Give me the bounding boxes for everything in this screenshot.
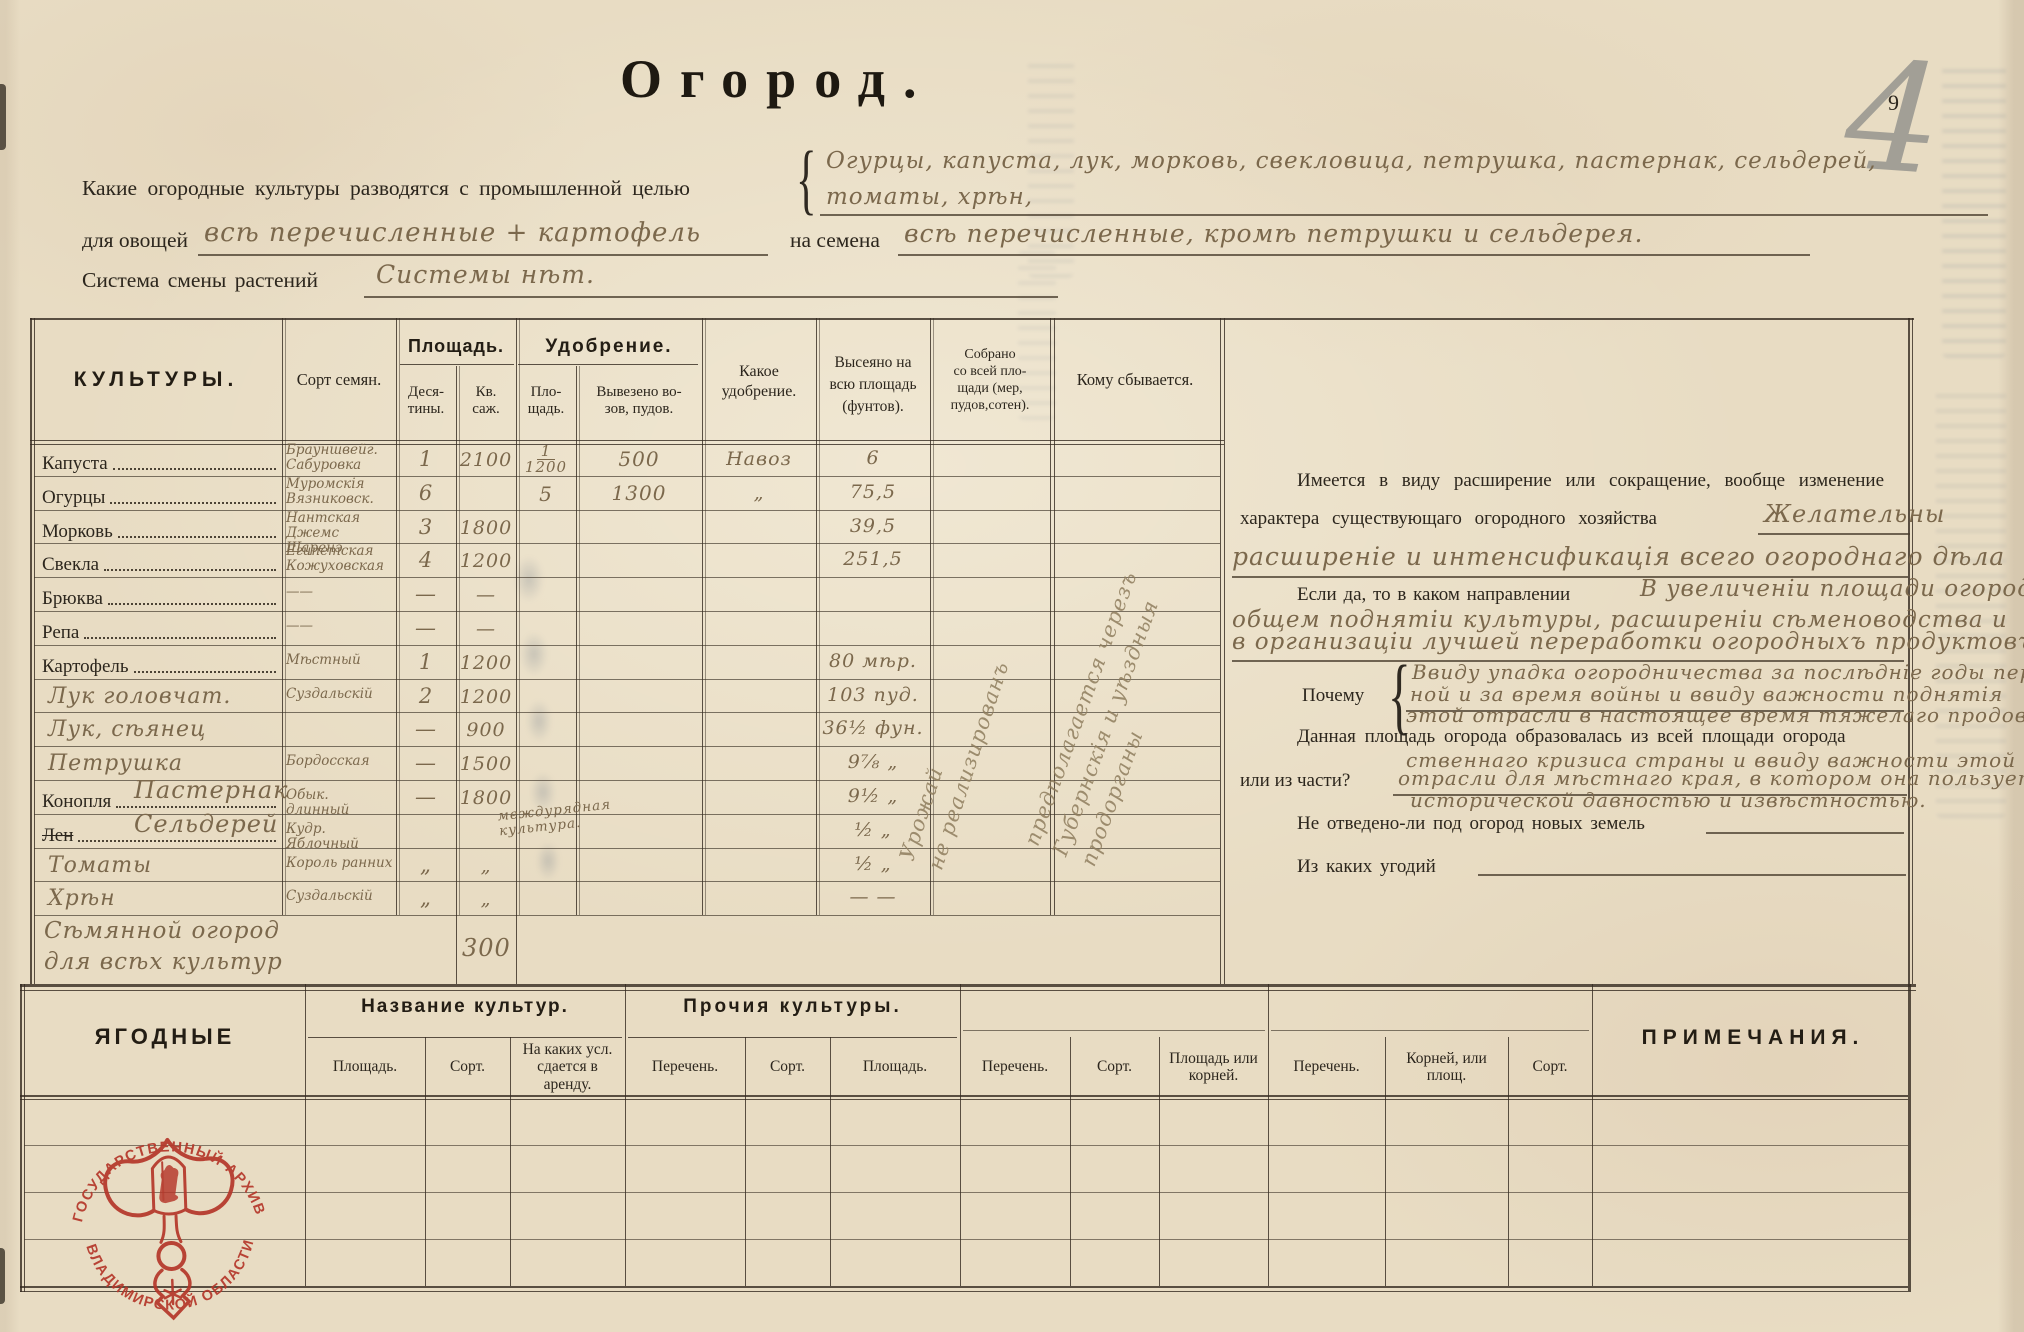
col-header-sown: Высеяно на всю площадь (фунтов).	[818, 352, 928, 418]
kvsazh-cell: 1800	[458, 787, 514, 809]
desyatiny-cell: —	[398, 785, 454, 809]
culture-label-overlay: Сельдерей	[134, 810, 278, 838]
berries-subheader: Сорт.	[1511, 1040, 1589, 1094]
answer-underline	[198, 254, 768, 256]
grid-vline	[282, 318, 283, 915]
culture-label: Морковь	[42, 514, 280, 543]
grid-hline	[34, 611, 1220, 612]
seed-sort-cell: Обык. длинный	[286, 788, 394, 818]
grid-vline	[745, 1037, 746, 1286]
grid-vline	[34, 318, 35, 984]
grid-hline	[20, 1095, 1908, 1097]
question-cultures-label: Какие огородные культуры разводятся с пр…	[82, 176, 690, 201]
desyatiny-cell: 3	[398, 515, 454, 539]
dotted-leader	[104, 569, 276, 571]
seed-garden-area-value: 300	[462, 934, 511, 962]
desyatiny-cell: „	[398, 853, 454, 877]
grid-hline	[24, 1145, 1908, 1146]
kvsazh-cell: —	[458, 618, 514, 640]
answer-direction-line1: В увеличеніи площади огорода,	[1640, 576, 2024, 602]
question-rotation-label: Система смены растений	[82, 268, 318, 293]
sown-cell: 9⅞ „	[818, 751, 928, 773]
col-header-fert-removed: Вывезено во- зов, пудов.	[578, 384, 700, 418]
answer-cultures-line2: томаты, хрѣн,	[826, 184, 1033, 210]
question-lands-label: Из каких угодий	[1297, 856, 1436, 878]
grid-hline	[628, 1037, 957, 1038]
desyatiny-cell: 1	[398, 650, 454, 674]
berries-subheader: Перечень.	[628, 1040, 742, 1094]
kvsazh-cell: „	[458, 855, 514, 877]
question-vegetables-label: для овощей	[82, 228, 188, 253]
kvsazh-cell: 1500	[458, 753, 514, 775]
answer-underline	[364, 296, 1058, 298]
seed-sort-cell: Брауншвейг. Сабуровка	[286, 443, 394, 473]
berries-subheader: На каких усл. сдается в аренду.	[513, 1040, 622, 1094]
kvsazh-cell: 2100	[458, 449, 514, 471]
dotted-leader	[78, 840, 276, 842]
dotted-leader	[84, 637, 276, 639]
question-area-line1: Данная площадь огорода образовалась из в…	[1297, 726, 1846, 748]
answer-why-line6: исторической давностью и извѣстностью.	[1410, 788, 1927, 812]
dotted-leader	[118, 536, 276, 538]
grid-hline	[1271, 1030, 1589, 1031]
grid-vline	[30, 318, 32, 984]
col-header-desyatiny: Деся- тины.	[396, 384, 456, 418]
col-header-cultures: КУЛЬТУРЫ.	[40, 368, 272, 392]
grid-vline	[1592, 984, 1593, 1286]
berries-subheader: Площадь или корней.	[1162, 1040, 1265, 1094]
culture-name: Конопля	[42, 791, 111, 813]
culture-label: Огурцы	[42, 480, 280, 509]
col-header-sold-to: Кому сбывается.	[1052, 370, 1218, 390]
kvsazh-cell: 1200	[458, 652, 514, 674]
grid-vline	[1268, 984, 1269, 1286]
berries-subheader: Корней, или площ.	[1388, 1040, 1505, 1094]
grid-hline	[400, 364, 514, 365]
sown-cell: 39,5	[818, 515, 928, 537]
grid-vline	[516, 915, 517, 984]
col-header-seed-sort: Сорт семян.	[284, 370, 394, 390]
culture-label: Лук головчат.	[48, 684, 288, 709]
culture-label: Томаты	[48, 853, 288, 878]
culture-name: Репа	[42, 622, 79, 644]
col-header-collected: Собрано со всей пло- щади (мер, пудов,со…	[932, 346, 1048, 414]
opening-brace: {	[796, 140, 817, 218]
grid-vline	[305, 984, 306, 1286]
seed-sort-cell: Муромскія Вязниковск.	[286, 477, 394, 507]
answer-why-line3: этой отрасли в настоящее время тяжелаго …	[1406, 703, 2024, 727]
grid-vline	[456, 915, 457, 984]
seed-sort-cell: Мѣстный	[286, 653, 394, 668]
question-direction-label: Если да, то в каком направлении	[1297, 584, 1570, 606]
grid-vline	[1220, 318, 1221, 984]
kvsazh-cell: „	[458, 888, 514, 910]
desyatiny-cell: 6	[398, 481, 454, 505]
berries-subheader: Сорт.	[428, 1040, 507, 1094]
grid-vline	[20, 984, 22, 1292]
berries-group1-header: Название культур.	[305, 996, 625, 1018]
grid-vline	[1508, 1037, 1509, 1286]
desyatiny-cell: —	[398, 751, 454, 775]
seed-sort-cell: Суздальскій	[286, 889, 394, 904]
col-header-fert-kind: Какое удобрение.	[704, 362, 814, 402]
kvsazh-cell: 1800	[458, 517, 514, 539]
fert-area-cell: 5	[518, 482, 574, 506]
berries-title: ЯГОДНЫЕ	[30, 1024, 300, 1050]
berries-subheader: Сорт.	[1073, 1040, 1156, 1094]
dotted-leader	[113, 468, 276, 470]
pencil-smudge	[526, 700, 552, 742]
fraction-value: 11200	[525, 444, 567, 475]
col-header-kvsazh: Кв. саж.	[456, 384, 516, 418]
scan-edge-mark	[0, 1248, 5, 1304]
dotted-leader	[108, 603, 276, 605]
pencil-smudge	[520, 632, 548, 676]
grid-hline	[34, 645, 1220, 646]
culture-name: Капуста	[42, 453, 108, 475]
col-header-fert-area: Пло- щадь.	[516, 384, 576, 418]
berries-group2-header: Прочия культуры.	[625, 996, 960, 1018]
interrow-note: междурядная культура.	[497, 790, 679, 839]
kvsazh-cell: —	[458, 584, 514, 606]
stamp-text-bottom: ВЛАДИМИРСКОЙ ОБЛАСТИ	[82, 1237, 260, 1317]
berries-subheader: Перечень.	[963, 1040, 1067, 1094]
culture-name: Лен	[42, 825, 73, 847]
bleed-through-text	[1942, 58, 2006, 358]
berries-subheader: Площадь.	[833, 1040, 957, 1094]
desyatiny-cell: —	[398, 717, 454, 741]
kvsazh-cell: 1200	[458, 550, 514, 572]
grid-vline	[1070, 1037, 1071, 1286]
culture-label: Петрушка	[48, 751, 288, 776]
desyatiny-cell: 2	[398, 684, 454, 708]
grid-hline	[963, 1030, 1265, 1031]
culture-label-overlay: Пастернак	[134, 776, 288, 804]
grid-vline	[625, 984, 626, 1286]
grid-hline	[30, 440, 1224, 441]
dotted-leader	[110, 502, 276, 504]
berries-subheader: Перечень.	[1271, 1040, 1382, 1094]
grid-hline	[30, 318, 1914, 320]
answer-underline	[1758, 533, 1910, 535]
grid-vline	[1159, 1037, 1160, 1286]
answer-rotation: Системы нѣт.	[376, 260, 595, 289]
grid-hline	[24, 1192, 1908, 1193]
fert-removed-cell: 500	[578, 447, 700, 471]
culture-name: Морковь	[42, 521, 113, 543]
culture-label: Брюква	[42, 581, 280, 610]
grid-vline	[702, 318, 703, 915]
desyatiny-cell: —	[398, 582, 454, 606]
dotted-leader	[134, 671, 276, 673]
answer-expand-line2: расширеніе и интенсификація всего огород…	[1232, 542, 2005, 571]
sown-cell: 75,5	[818, 481, 928, 503]
question-expand-line2: характера существующаго огородного хозяй…	[1240, 508, 1657, 530]
answer-expand-inline: Желательны	[1764, 500, 1945, 528]
fert-kind-cell: „	[704, 482, 814, 504]
seed-sort-cell: Суздальскій	[286, 687, 394, 702]
grid-vline	[24, 984, 25, 1292]
blank-answer-line	[1478, 874, 1906, 876]
berries-subheader: Сорт.	[748, 1040, 827, 1094]
page-title: Огород.	[620, 48, 934, 110]
grid-vline	[816, 318, 817, 915]
desyatiny-cell: 4	[398, 548, 454, 572]
grid-vline	[705, 318, 706, 915]
answer-cultures-line1: Огурцы, капуста, лук, морковь, свекловиц…	[826, 148, 1877, 174]
question-expand-line1: Имеется в виду расширение или сокращение…	[1297, 470, 1884, 492]
seed-sort-cell: ——	[286, 619, 394, 634]
kvsazh-cell: 900	[458, 719, 514, 741]
sown-cell: — —	[818, 886, 928, 908]
seed-sort-cell: Египетская Кожуховская	[286, 544, 394, 574]
grid-hline	[518, 364, 698, 365]
sown-cell: 251,5	[818, 548, 928, 570]
question-why-label: Почему	[1302, 685, 1364, 707]
culture-label: Репа	[42, 615, 280, 644]
culture-name: Огурцы	[42, 487, 105, 509]
archive-stamp: ГОСУДАРСТВЕННЫЙ АРХИВ ВЛАДИМИРСКОЙ ОБЛАС…	[62, 1092, 278, 1332]
grid-vline	[576, 366, 577, 915]
grid-vline	[960, 984, 961, 1286]
culture-name: Свекла	[42, 554, 99, 576]
dotted-leader	[116, 806, 276, 808]
grid-hline	[34, 712, 1220, 713]
sown-cell: 6	[818, 447, 928, 469]
culture-name: Картофель	[42, 656, 129, 678]
culture-label: Хрѣн	[48, 886, 288, 911]
grid-vline	[1385, 1037, 1386, 1286]
desyatiny-cell: —	[398, 616, 454, 640]
scan-edge-mark	[0, 84, 6, 150]
svg-text:ВЛАДИМИРСКОЙ ОБЛАСТИ: ВЛАДИМИРСКОЙ ОБЛАСТИ	[82, 1237, 260, 1317]
blank-answer-line	[1706, 832, 1904, 834]
grid-vline	[1224, 318, 1225, 984]
sown-cell: 80 мѣр.	[818, 650, 928, 672]
fert-kind-cell: Навоз	[704, 448, 814, 470]
culture-label: Свекла	[42, 547, 280, 576]
col-header-fertilizer-group: Удобрение.	[516, 336, 702, 358]
desyatiny-cell: „	[398, 886, 454, 910]
col-header-area-group: Площадь.	[398, 336, 514, 357]
fert-area-cell: 11200	[518, 443, 574, 475]
desyatiny-cell: 1	[398, 447, 454, 471]
culture-name: Брюква	[42, 588, 103, 610]
berries-subheader: Площадь.	[308, 1040, 422, 1094]
grid-vline	[510, 1037, 511, 1286]
seed-sort-cell: ——	[286, 585, 394, 600]
grid-hline	[34, 881, 1220, 882]
sown-cell: 103 пуд.	[818, 684, 928, 706]
grid-vline	[425, 1037, 426, 1286]
grid-hline	[34, 746, 1220, 747]
answer-vegetables: всѣ перечисленные + картофель	[204, 218, 701, 248]
answer-direction-line3: в организаціи лучшей переработки огородн…	[1232, 629, 2024, 655]
grid-hline	[34, 679, 1220, 680]
question-area-line2: или из части?	[1240, 770, 1350, 792]
grid-hline	[30, 444, 1224, 445]
seed-sort-cell: Бордосская	[286, 754, 394, 769]
culture-label: Капуста	[42, 446, 280, 475]
question-seeds-label: на семена	[790, 228, 880, 253]
question-newland-label: Не отведено-ли под огород новых земель	[1297, 813, 1645, 835]
document-page: Огород. 9 4 Какие огородные культуры раз…	[0, 0, 2024, 1332]
seed-sort-cell: Король ранних	[286, 856, 394, 871]
grid-hline	[24, 1239, 1908, 1240]
grid-hline	[20, 1099, 1908, 1100]
culture-label: Лук, сѣянец	[48, 717, 288, 742]
grid-vline	[830, 1037, 831, 1286]
kvsazh-cell: 1200	[458, 686, 514, 708]
grid-hline	[308, 1037, 622, 1038]
grid-hline	[20, 1286, 1908, 1288]
seed-garden-note: Сѣмянной огород для всѣх культур	[44, 916, 283, 978]
answer-why-line5: отрасли для мѣстнаго края, в котором она…	[1398, 766, 2024, 790]
grid-vline	[456, 366, 457, 915]
fert-removed-cell: 1300	[578, 481, 700, 505]
answer-underline	[820, 214, 1988, 216]
grid-hline	[20, 1291, 1908, 1292]
culture-label: Картофель	[42, 649, 280, 678]
seed-sort-cell: Кудр. Яблочный	[286, 822, 394, 852]
answer-why-line1: Ввиду упадка огородничества за послѣдніе…	[1412, 660, 2024, 684]
berries-notes-header: ПРИМЕЧАНИЯ.	[1596, 1026, 1910, 1050]
answer-underline	[898, 254, 1810, 256]
sown-cell: 36½ фун.	[818, 717, 928, 739]
answer-seeds: всѣ перечисленные, кромѣ петрушки и сель…	[904, 219, 1643, 248]
